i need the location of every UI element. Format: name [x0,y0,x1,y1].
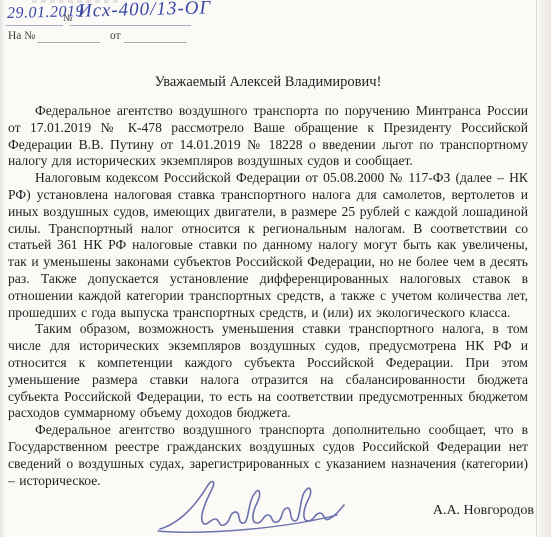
number-underline [70,25,191,26]
scan-left-edge [0,0,5,537]
number-sign-label: № [63,13,73,24]
reference-na-label: На № [8,30,35,42]
letter-body: Уважаемый Алексей Владимирович! Федераль… [8,74,528,489]
date-underline [6,25,63,26]
signer-name: А.А. Новгородов [433,503,534,519]
handwritten-date: 29.01.2019 [7,3,84,23]
reference-ot-line [124,42,187,43]
signature-autograph [152,477,367,535]
reference-na-line [37,42,100,43]
letter-page: 29.01.2019 № Исх-400/13-ОГ На № от Уважа… [0,0,551,537]
scan-right-edge [536,0,551,537]
paragraph-1: Федеральное агентство воздушного транспо… [8,103,528,170]
paragraph-2: Налоговым кодексом Российской Федерации … [8,170,528,321]
paragraph-3: Таким образом, возможность уменьшения ст… [8,321,528,422]
reference-ot-label: от [110,30,121,42]
salutation: Уважаемый Алексей Владимирович! [8,74,528,91]
handwritten-outgoing-number: Исх-400/13-ОГ [78,0,212,23]
